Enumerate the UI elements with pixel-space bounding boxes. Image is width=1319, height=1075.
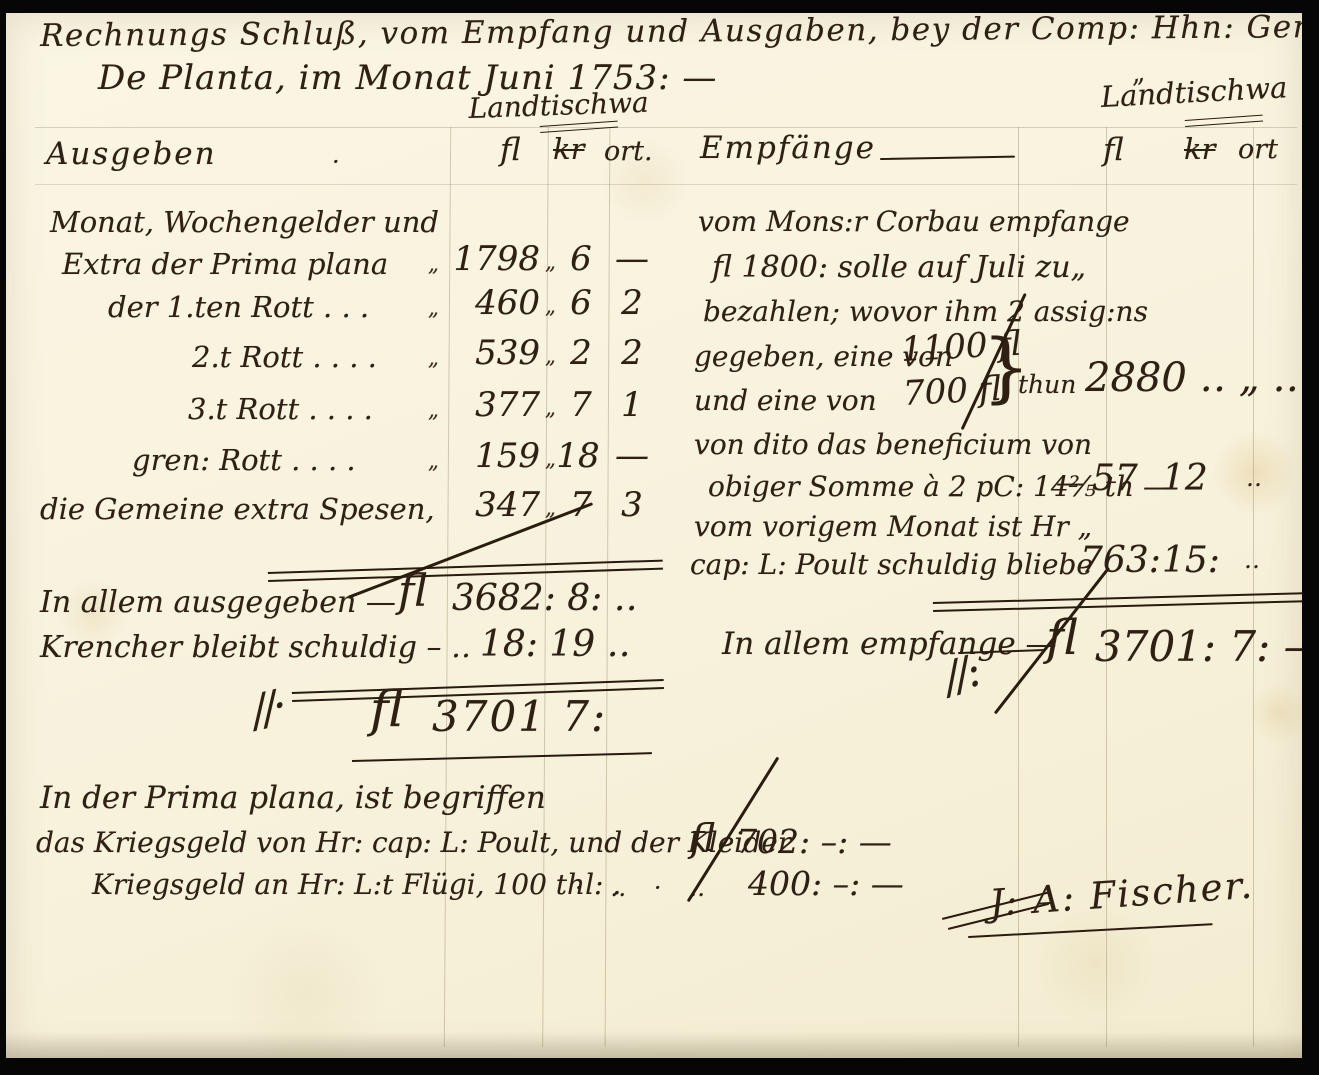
carry-fl: 763: xyxy=(1080,540,1161,581)
expense-row-kr: 6 xyxy=(558,239,604,279)
expense-row-ort: — xyxy=(606,239,658,279)
receipt-line: und eine von xyxy=(694,384,877,417)
column-tick: „ xyxy=(428,346,439,370)
expense-row-fl: 377 xyxy=(440,385,540,425)
expense-row-kr: 7 xyxy=(558,485,604,525)
florin-sign: fl xyxy=(398,566,427,617)
expense-row-label: Extra der Prima plana xyxy=(62,247,388,281)
benef-kr: 12 xyxy=(1162,458,1208,499)
expenses-col-ort: ort. xyxy=(604,136,653,167)
receipts-total-label: In allem empfange — xyxy=(722,626,1057,662)
receipts-col-kr: kr xyxy=(1184,132,1215,166)
paper-shadow xyxy=(0,1032,1319,1058)
receipt-line: von dito das beneficium von xyxy=(694,428,1092,461)
receipts-header: Empfänge xyxy=(700,130,876,166)
expenses-total-value: 3682: 8: ‥ xyxy=(452,578,638,619)
expenses-grand-total: 3701 7: xyxy=(432,692,607,741)
column-tick: „ xyxy=(545,294,556,318)
scan-edge-bottom xyxy=(0,1058,1319,1075)
scan-edge-right xyxy=(1302,0,1319,1075)
receipt-sum-2880: 2880 ‥ „ ‥ xyxy=(1085,355,1299,401)
column-tick: „ xyxy=(428,252,439,276)
carry-kr: 15: xyxy=(1162,540,1220,581)
receipts-grand-total: 3701: 7: — xyxy=(1095,622,1319,671)
footnote-line2-value: 702: –: — xyxy=(736,822,892,861)
header-dot: · xyxy=(332,148,340,176)
receipts-col-ort: ort xyxy=(1238,134,1278,165)
benef-ort: ‥ xyxy=(1246,464,1262,492)
expense-row-kr: 18 xyxy=(552,436,604,476)
currency-heading-center: Landtischwa xyxy=(468,86,649,125)
expense-row-ort: — xyxy=(606,436,658,476)
expense-row-ort: 1 xyxy=(606,385,658,425)
ruled-hline xyxy=(35,127,1297,128)
expenses-col-kr: kr xyxy=(553,132,584,166)
receipt-line: fl 1800: solle auf Juli zu„ xyxy=(712,250,1086,285)
florin-sign: fl xyxy=(690,816,715,860)
dash: — xyxy=(1056,466,1084,499)
receipt-line: bezahlen; wovor ihm 2 assig:ns xyxy=(703,295,1148,328)
column-tick: „ xyxy=(545,344,556,368)
expense-row-fl: 347 xyxy=(440,485,540,525)
column-tick: „ xyxy=(545,250,556,274)
expenses-carry-value: 18: 19 ‥ xyxy=(480,624,631,665)
footnote-line1: In der Prima plana, ist begriffen xyxy=(40,780,546,816)
scan-edge-top xyxy=(0,0,1319,13)
expenses-col-fl: fl xyxy=(500,132,521,168)
column-tick: „ xyxy=(428,449,439,473)
expense-row-kr: 7 xyxy=(558,385,604,425)
expense-row-ort: 3 xyxy=(606,485,658,525)
receipts-col-fl: fl xyxy=(1103,132,1124,168)
expense-row-ort: 2 xyxy=(606,333,658,373)
ruled-hline xyxy=(35,184,1297,185)
expense-row-label: die Gemeine extra Spesen, xyxy=(40,492,435,526)
expenses-header: Ausgeben xyxy=(46,136,217,172)
florin-sign: fl xyxy=(370,680,403,738)
expense-row-fl: 460 xyxy=(440,283,540,323)
expense-row-fl: 159 xyxy=(440,436,540,476)
expense-row-kr: 2 xyxy=(558,333,604,373)
expense-row-fl: 539 xyxy=(440,333,540,373)
receipt-line: vom vorigem Monat ist Hr „ xyxy=(694,510,1092,543)
column-tick: „ xyxy=(428,398,439,422)
expense-row-label: 2.t Rott . . . . xyxy=(192,340,377,374)
column-tick: „ xyxy=(545,396,556,420)
benef-fl: 57 xyxy=(1092,458,1138,499)
thun-label: thun xyxy=(1018,370,1076,399)
carry-ort: ‥ xyxy=(1244,546,1260,574)
receipt-line: vom Mons:r Corbau empfange xyxy=(698,205,1130,238)
expense-row-label: der 1.ten Rott . . . xyxy=(108,290,369,324)
expense-row-fl: 1798 xyxy=(440,239,540,279)
expenses-carry-label: Krencher bleibt schuldig – ‥ xyxy=(40,630,471,665)
footnote-line3: Kriegsgeld an Hr: L:t Flügi, 100 thl: . xyxy=(92,868,621,901)
column-rule xyxy=(1253,127,1254,1047)
expense-row-label: gren: Rott . . . . xyxy=(132,443,356,477)
expense-row-ort: 2 xyxy=(606,283,658,323)
scan-edge-left xyxy=(0,0,6,1075)
manuscript-scan: Rechnungs Schluß, vom Empfang und Ausgab… xyxy=(0,0,1319,1075)
footnote-line2: das Kriegsgeld von Hr: cap: L: Poult, un… xyxy=(36,826,791,859)
footnote-line3-value: 400: –: — xyxy=(748,864,904,903)
expense-row-kr: 6 xyxy=(558,283,604,323)
expense-row-label: Monat, Wochengelder und xyxy=(50,205,439,239)
column-tick: „ xyxy=(428,296,439,320)
receipt-line: cap: L: Poult schuldig bliebe xyxy=(690,548,1093,581)
expense-row-label: 3.t Rott . . . . xyxy=(188,392,373,426)
expenses-total-label: In allem ausgegeben — xyxy=(40,585,396,620)
